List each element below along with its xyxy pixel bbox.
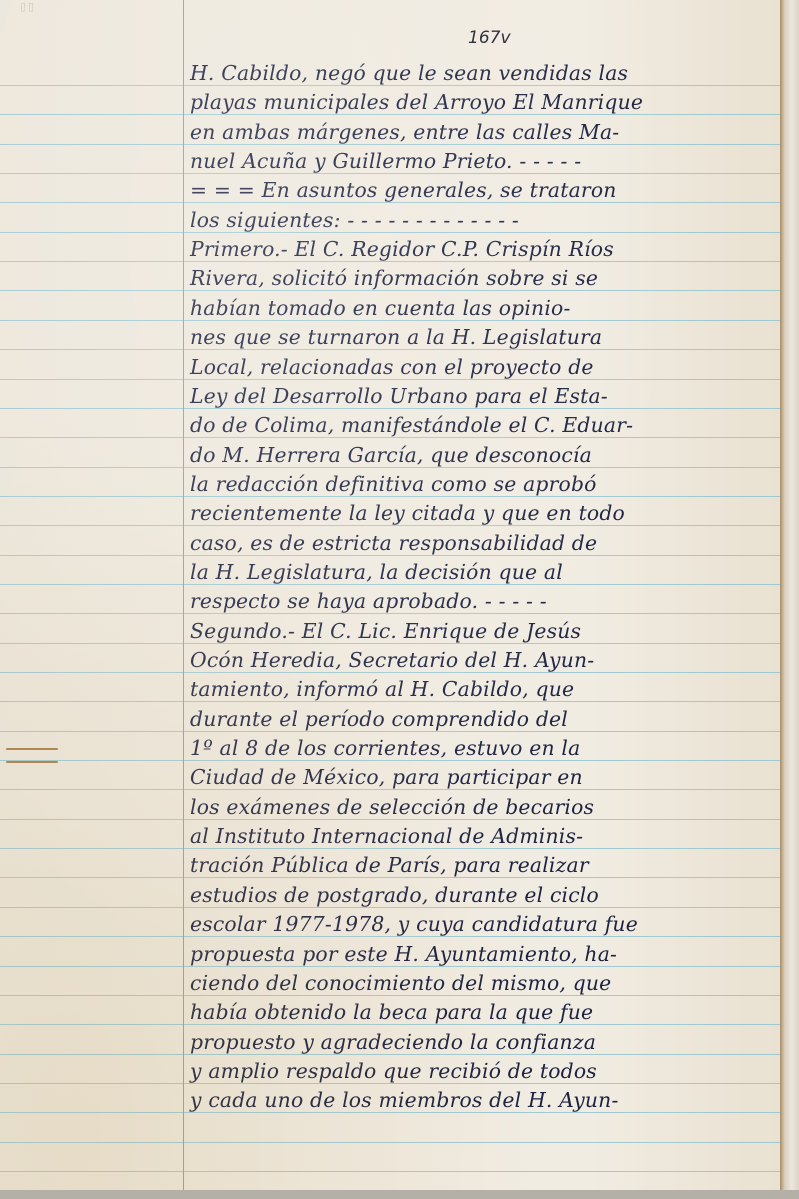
text-line: tamiento, informó al H. Cabildo, que [190,677,770,701]
rule-line [0,1112,780,1113]
bottom-background-strip [0,1190,799,1199]
rule-line [0,584,780,585]
rule-line [0,144,780,145]
text-line: propuesta por este H. Ayuntamiento, ha- [190,942,770,966]
text-line: habían tomado en cuenta las opinio- [190,296,770,320]
rule-line [0,848,780,849]
ledger-page: ▯▯ 167v H. Cabildo, negó que le sean ven… [0,0,780,1190]
text-line: Primero.- El C. Regidor C.P. Crispín Río… [190,237,770,261]
faded-stamp: ▯▯ [20,0,68,18]
text-line: propuesto y agradeciendo la confianza [190,1030,770,1054]
rule-line [0,555,780,556]
rule-line [0,290,780,291]
rule-line [0,320,780,321]
page-number: 167v [468,28,511,48]
rule-line [0,701,780,702]
text-line: escolar 1977-1978, y cuya candidatura fu… [190,912,770,936]
rule-line [0,672,780,673]
text-line: Ciudad de México, para participar en [190,765,770,789]
text-line: Ley del Desarrollo Urbano para el Esta- [190,384,770,408]
rule-line [0,731,780,732]
text-line: Ocón Heredia, Secretario del H. Ayun- [190,648,770,672]
text-line: do de Colima, manifestándole el C. Eduar… [190,413,770,437]
text-line: nuel Acuña y Guillermo Prieto. - - - - - [190,149,770,173]
rule-line [0,643,780,644]
rule-line [0,936,780,937]
text-line: Segundo.- El C. Lic. Enrique de Jesús [190,619,770,643]
text-line: en ambas márgenes, entre las calles Ma- [190,120,770,144]
text-line: ciendo del conocimiento del mismo, que [190,971,770,995]
text-line: y cada uno de los miembros del H. Ayun- [190,1088,770,1112]
text-line: durante el período comprendido del [190,707,770,731]
page-binding-edge [780,0,799,1199]
rule-line [0,408,780,409]
text-line: Local, relacionadas con el proyecto de [190,355,770,379]
rule-line [0,232,780,233]
rule-line [0,85,780,86]
text-line: y amplio respaldo que recibió de todos [190,1059,770,1083]
rule-line [0,496,780,497]
text-line: playas municipales del Arroyo El Manriqu… [190,90,770,114]
rule-line [0,995,780,996]
rule-line [0,261,780,262]
rule-line [0,525,780,526]
rule-line [0,966,780,967]
margin-equals-mark-top [6,748,58,750]
text-line: los exámenes de selección de becarios [190,795,770,819]
text-line: Rivera, solicitó información sobre si se [190,266,770,290]
rule-line [0,467,780,468]
text-line: al Instituto Internacional de Adminis- [190,824,770,848]
text-line: había obtenido la beca para la que fue [190,1000,770,1024]
text-line: la H. Legislatura, la decisión que al [190,560,770,584]
text-line: do M. Herrera García, que desconocía [190,443,770,467]
rule-line [0,202,780,203]
text-line: respecto se haya aprobado. - - - - - [190,589,770,613]
rule-line [0,1054,780,1055]
margin-equals-mark-bottom [6,761,58,763]
text-line: = = = En asuntos generales, se trataron [190,178,770,202]
rule-line [0,877,780,878]
rule-line [0,1142,780,1143]
text-line: estudios de postgrado, durante el ciclo [190,883,770,907]
rule-line [0,379,780,380]
rule-line [0,1024,780,1025]
text-line: tración Pública de París, para realizar [190,853,770,877]
rule-line [0,789,780,790]
text-line: caso, es de estricta responsabilidad de [190,531,770,555]
rule-line [0,114,780,115]
rule-line [0,349,780,350]
rule-line [0,613,780,614]
rule-line [0,760,780,761]
rule-line [0,819,780,820]
red-margin-line [183,0,184,1190]
text-line: H. Cabildo, negó que le sean vendidas la… [190,61,770,85]
rule-line [0,173,780,174]
text-line: recientemente la ley citada y que en tod… [190,501,770,525]
rule-line [0,1083,780,1084]
rule-line [0,437,780,438]
rule-line [0,1171,780,1172]
text-line: nes que se turnaron a la H. Legislatura [190,325,770,349]
text-line: la redacción definitiva como se aprobó [190,472,770,496]
text-line: 1º al 8 de los corrientes, estuvo en la [190,736,770,760]
rule-line [0,907,780,908]
text-line: los siguientes: - - - - - - - - - - - - … [190,208,770,232]
